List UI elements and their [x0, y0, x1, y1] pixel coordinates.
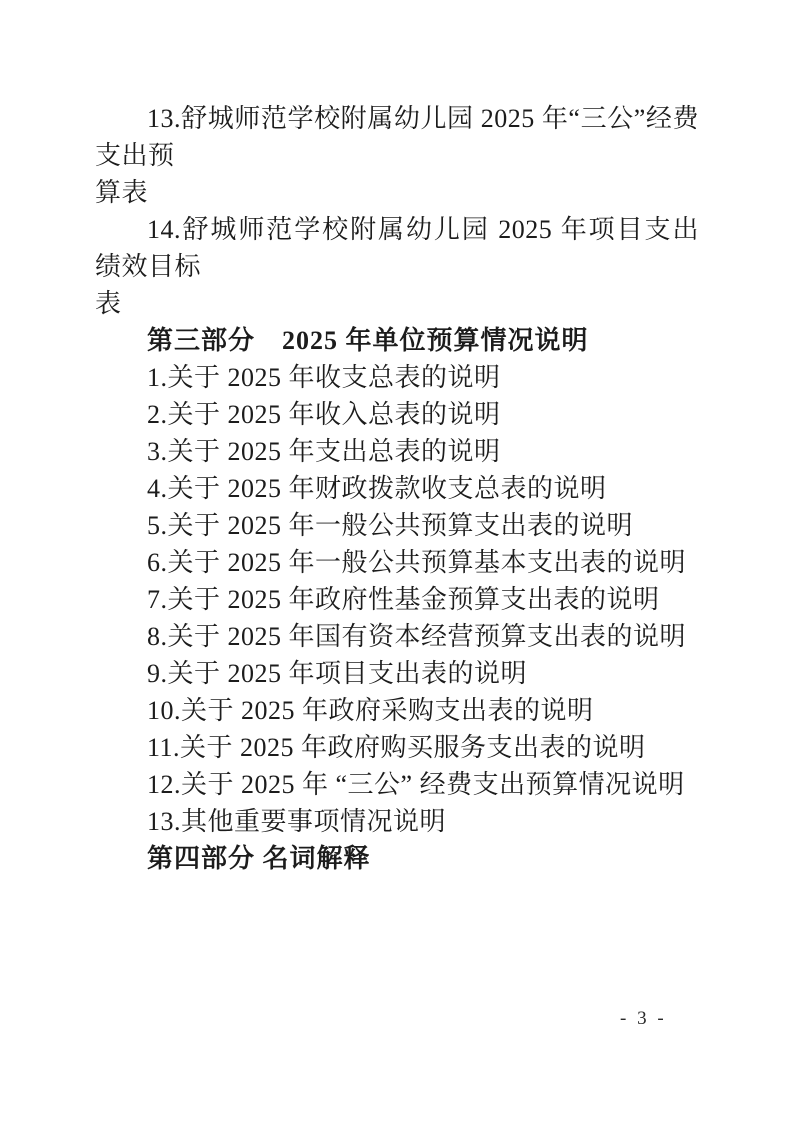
- toc-entry-part3-item-6: 6.关于 2025 年一般公共预算基本支出表的说明: [95, 544, 699, 581]
- toc-entry-part3-item-8: 8.关于 2025 年国有资本经营预算支出表的说明: [95, 618, 699, 655]
- toc-entry-part3-item-10: 10.关于 2025 年政府采购支出表的说明: [95, 692, 699, 729]
- toc-entry-part3-item-3: 3.关于 2025 年支出总表的说明: [95, 433, 699, 470]
- toc-entry-part3-item-2: 2.关于 2025 年收入总表的说明: [95, 396, 699, 433]
- toc-entry-part3-item-1: 1.关于 2025 年收支总表的说明: [95, 359, 699, 396]
- document-page: 13.舒城师范学校附属幼儿园 2025 年“三公”经费支出预 算表 14.舒城师…: [0, 0, 793, 1122]
- section-heading-part3: 第三部分 2025 年单位预算情况说明: [95, 322, 699, 359]
- toc-entry-part3-item-12: 12.关于 2025 年 “三公” 经费支出预算情况说明: [95, 766, 699, 803]
- toc-entry-part3-item-13: 13.其他重要事项情况说明: [95, 803, 699, 840]
- toc-entry-part3-item-4: 4.关于 2025 年财政拨款收支总表的说明: [95, 470, 699, 507]
- section-heading-part4: 第四部分 名词解释: [95, 840, 699, 877]
- toc-entry-attachment-14: 14.舒城师范学校附属幼儿园 2025 年项目支出绩效目标 表: [95, 211, 699, 322]
- page-number: - 3 -: [620, 1008, 667, 1030]
- toc-content: 13.舒城师范学校附属幼儿园 2025 年“三公”经费支出预 算表 14.舒城师…: [95, 100, 699, 877]
- toc-entry-part3-item-9: 9.关于 2025 年项目支出表的说明: [95, 655, 699, 692]
- toc-entry-part3-item-7: 7.关于 2025 年政府性基金预算支出表的说明: [95, 581, 699, 618]
- toc-entry-attachment-13: 13.舒城师范学校附属幼儿园 2025 年“三公”经费支出预 算表: [95, 100, 699, 211]
- toc-entry-part3-item-11: 11.关于 2025 年政府购买服务支出表的说明: [95, 729, 699, 766]
- toc-entry-part3-item-5: 5.关于 2025 年一般公共预算支出表的说明: [95, 507, 699, 544]
